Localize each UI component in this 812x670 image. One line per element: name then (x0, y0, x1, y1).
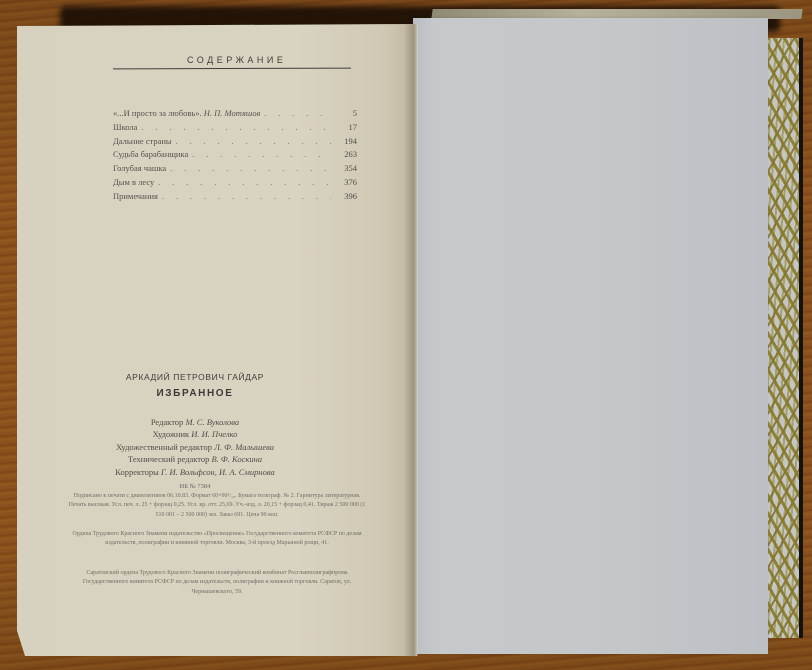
toc-item-title: Примечания (113, 191, 158, 201)
toc-heading: СОДЕРЖАНИЕ (187, 55, 286, 65)
credit-line: Редактор М. С. Вуколова (17, 416, 373, 428)
dot-leader: . . . . . . . . . . . . . . . . . . . . … (264, 109, 331, 118)
toc-list: «...И просто за любовь». Н. П. Мотяшов .… (113, 108, 357, 205)
credit-line: Художник И. И. Пчелко (17, 428, 373, 440)
toc-page-number: 376 (335, 177, 357, 187)
toc-item: Судьба барабанщика . . . . . . . . . . .… (113, 149, 357, 163)
toc-page-number: 17 (335, 122, 357, 132)
book-author: АРКАДИЙ ПЕТРОВИЧ ГАЙДАР (17, 372, 417, 382)
dot-leader: . . . . . . . . . . . . . . . . . . . . … (170, 164, 331, 173)
publisher-info: Ордена Трудового Красного Знамени издате… (67, 530, 367, 549)
book-gutter (404, 24, 418, 656)
toc-item: Дальние страны . . . . . . . . . . . . .… (113, 136, 357, 150)
dot-leader: . . . . . . . . . . . . . . . . . . . . … (162, 192, 331, 201)
toc-item-title: «...И просто за любовь». Н. П. Мотяшов (113, 108, 260, 118)
toc-item-title: Дым в лесу (113, 177, 154, 187)
book-title: ИЗБРАННОЕ (17, 388, 417, 399)
credits-block: Редактор М. С. Вуколова Художник И. И. П… (17, 416, 417, 478)
toc-item: «...И просто за любовь». Н. П. Мотяшов .… (113, 108, 357, 122)
toc-page-number: 5 (335, 108, 357, 118)
toc-item-title: Школа (113, 122, 137, 132)
toc-item-title: Голубая чашка (113, 163, 166, 173)
toc-item: Голубая чашка . . . . . . . . . . . . . … (113, 163, 357, 177)
credit-line: Художественный редактор Л. Ф. Малышева (17, 441, 373, 453)
toc-page-number: 263 (335, 149, 357, 159)
credit-line: Корректоры Г. И. Вольфсон, И. А. Смирнов… (17, 466, 373, 478)
dot-leader: . . . . . . . . . . . . . . . . . . . . … (141, 123, 331, 132)
technical-details: Подписано к печати с диапозитивов 06.10.… (67, 492, 367, 520)
toc-page-number: 396 (335, 191, 357, 201)
dot-leader: . . . . . . . . . . . . . . . . . . . . … (158, 178, 331, 187)
right-page-blank (413, 18, 768, 654)
toc-item: Дым в лесу . . . . . . . . . . . . . . .… (113, 177, 357, 191)
toc-page-number: 194 (335, 136, 357, 146)
dot-leader: . . . . . . . . . . . . . . . . . . . . … (176, 137, 331, 146)
ib-number: ИБ № 7384 (17, 483, 417, 490)
dot-leader: . . . . . . . . . . . . . . . . . . . . … (192, 150, 331, 159)
toc-item-author: Н. П. Мотяшов (204, 108, 261, 118)
printer-info: Саратовский ордена Трудового Красного Зн… (67, 569, 367, 597)
toc-item-title: Судьба барабанщика (113, 149, 188, 159)
toc-item: Примечания . . . . . . . . . . . . . . .… (113, 191, 357, 205)
credit-line: Технический редактор В. Ф. Коскина (17, 453, 373, 465)
toc-item: Школа . . . . . . . . . . . . . . . . . … (113, 122, 357, 136)
toc-item-title: Дальние страны (113, 136, 172, 146)
toc-page-number: 354 (335, 163, 357, 173)
